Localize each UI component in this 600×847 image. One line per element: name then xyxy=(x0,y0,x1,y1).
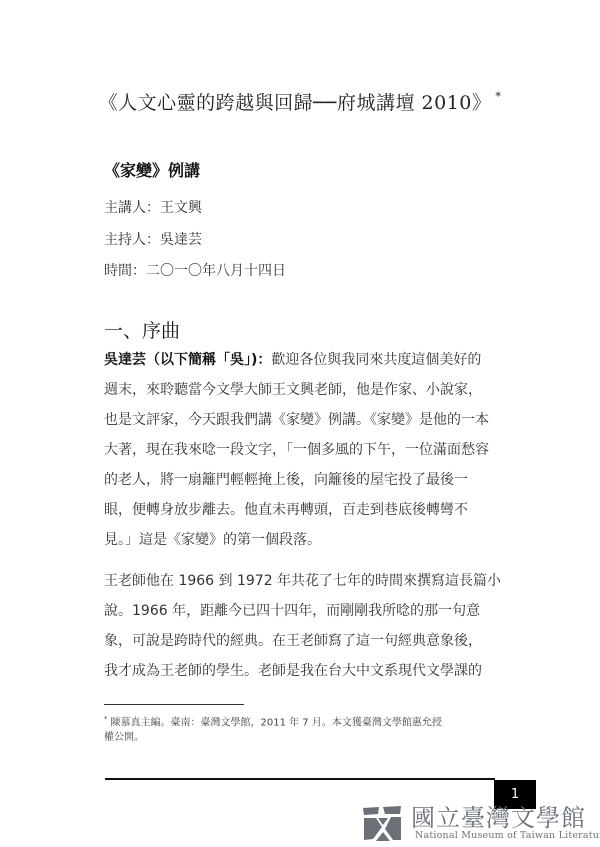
paragraph-intro: 吳達芸（以下簡稱「吳」)：歡迎各位與我同來共度這個美好的 週末，來聆聽當今文學大… xyxy=(104,345,496,555)
footnote: *陳慕真主編。臺南：臺灣文學館，2011 年 7 月。本文獲臺灣文學館惠允授 權… xyxy=(104,712,496,745)
meta-label: 主持人： xyxy=(104,232,160,248)
meta-value: 二〇一〇年八月十四日 xyxy=(146,263,286,279)
paragraph-line: 我才成為王老師的學生。老師是我在台大中文系現代文學課的 xyxy=(104,656,496,686)
meta-speaker: 主講人：王文興 xyxy=(104,197,202,217)
paragraph-line: 象，可說是跨時代的經典。在王老師寫了這一句經典意象後， xyxy=(104,626,496,656)
museum-name-english: National Museum of Taiwan Literature xyxy=(415,830,600,841)
line-text: 歡迎各位與我同來共度這個美好的 xyxy=(271,352,481,368)
meta-value: 王文興 xyxy=(160,200,202,216)
museum-emblem-icon xyxy=(361,802,403,844)
lecture-subtitle: 《家變》例講 xyxy=(104,158,200,181)
footnote-line: 陳慕真主編。臺南：臺灣文學館，2011 年 7 月。本文獲臺灣文學館惠允授 xyxy=(111,717,442,728)
document-title: 《人文心靈的跨越與回歸──府城講壇 2010》* xyxy=(0,88,600,115)
paragraph-line: 說。1966 年，距離今已四十四年，而剛剛我所唸的那一句意 xyxy=(104,596,496,626)
title-footnote-mark: * xyxy=(495,90,501,103)
museum-name-chinese: 國立臺灣文學館 xyxy=(411,798,586,833)
speaker-label: 吳達芸（以下簡稱「吳」)： xyxy=(104,352,271,368)
paragraph-line: 見。」這是《家變》的第一個段落。 xyxy=(104,525,496,555)
document-title-text: 《人文心靈的跨越與回歸──府城講壇 2010》 xyxy=(99,92,492,114)
paragraph-line: 的老人，將一扇籬門輕輕掩上後，向籬後的屋宅投了最後一 xyxy=(104,465,496,495)
paragraph-line: 週末，來聆聽當今文學大師王文興老師，他是作家、小說家， xyxy=(104,375,496,405)
meta-host: 主持人：吳達芸 xyxy=(104,229,202,249)
section-heading: 一、序曲 xyxy=(104,316,180,343)
footnote-divider xyxy=(104,704,244,705)
paragraph-line: 大著，現在我來唸一段文字，「一個多風的下午，一位滿面愁容 xyxy=(104,435,496,465)
meta-date: 時間：二〇一〇年八月十四日 xyxy=(104,260,286,280)
footer-divider xyxy=(105,778,495,780)
paragraph-line: 眼，便轉身放步離去。他直未再轉頭，百走到巷底後轉彎不 xyxy=(104,495,496,525)
museum-logo: 國立臺灣文學館 National Museum of Taiwan Litera… xyxy=(361,800,600,847)
meta-label: 主講人： xyxy=(104,200,160,216)
meta-value: 吳達芸 xyxy=(160,232,202,248)
paragraph-line: 王老師他在 1966 到 1972 年共花了七年的時間來撰寫這長篇小 xyxy=(104,566,496,596)
footnote-line: 權公開。 xyxy=(104,732,144,743)
paragraph-background: 王老師他在 1966 到 1972 年共花了七年的時間來撰寫這長篇小 說。196… xyxy=(104,566,496,686)
footnote-mark: * xyxy=(104,715,108,723)
document-page: 《人文心靈的跨越與回歸──府城講壇 2010》* 《家變》例講 主講人：王文興 … xyxy=(0,0,600,847)
paragraph-line: 也是文評家，今天跟我們講《家變》例講。《家變》是他的一本 xyxy=(104,405,496,435)
paragraph-line: 吳達芸（以下簡稱「吳」)：歡迎各位與我同來共度這個美好的 xyxy=(104,345,496,375)
meta-label: 時間： xyxy=(104,263,146,279)
